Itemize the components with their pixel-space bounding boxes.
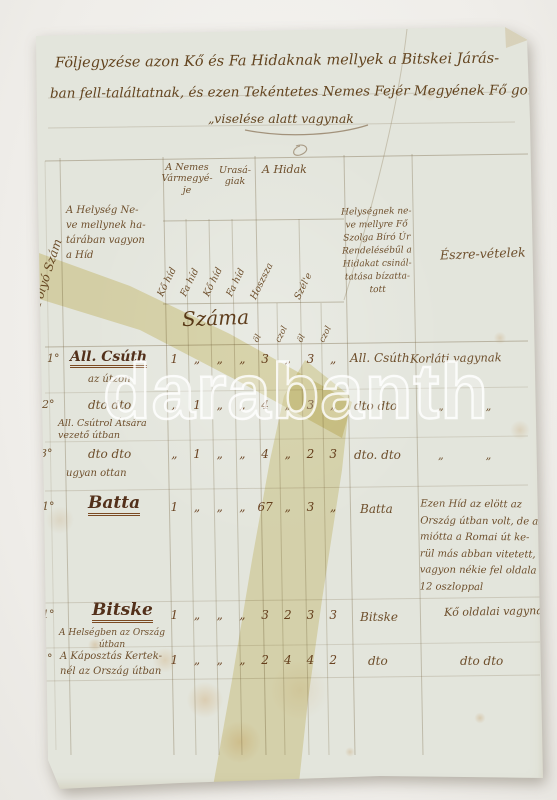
row-locality: dto dto [88,398,131,413]
value-cell: „ [231,500,254,514]
row-number: 3° [40,447,53,461]
pin-mark [30,36,36,47]
value-cell: „ [186,608,209,622]
row-assigned: Batta [360,502,393,517]
value-cell: „ [231,653,254,667]
row-values: 1„„„67„3„ [163,500,345,514]
column-header-bridges: A Hidak [262,163,307,177]
row-locality-note: ugyan ottan [66,468,127,481]
value-cell: „ [276,447,299,461]
row-remarks: Kő oldalai vagynak [444,604,550,620]
value-cell: 1 [163,653,186,667]
value-cell: 3 [299,352,322,366]
row-locality: dto dto [88,447,131,462]
value-cell: „ [186,352,209,366]
value-cell: „ [231,447,254,461]
row-locality-note: A Helségben az Ország útban [56,628,168,651]
value-cell: „ [276,352,299,366]
value-cell: 4 [254,398,277,412]
value-cell: 3 [254,352,277,366]
value-cell: 2 [299,447,322,461]
value-cell: „ [163,398,186,412]
value-cell: 3 [322,608,345,622]
column-header-manor: Urasá- giak [214,165,256,188]
row-number: 1° [42,500,55,514]
row-values: 1„„„3„3„ [163,352,345,366]
row-locality: All. Csúth [70,350,147,368]
value-cell: 1 [163,608,186,622]
row-assigned: dto dto [354,399,397,414]
value-cell: „ [276,398,299,412]
row-remarks: dto dto [460,654,503,669]
value-cell: 3 [299,398,322,412]
value-cell: „ [322,398,345,412]
value-cell: „ [163,447,186,461]
value-cell: „ [208,398,231,412]
row-values: 1„„„3233 [163,608,345,622]
row-remarks: Korláti vagynak [410,350,502,366]
value-cell: „ [322,352,345,366]
row-locality: Bitske [92,602,153,623]
value-cell: 1 [186,398,209,412]
row-values: „1„„4„3„ [163,398,345,412]
value-cell: „ [186,653,209,667]
value-cell: 3 [254,608,277,622]
value-cell: 3 [322,447,345,461]
value-cell: „ [231,398,254,412]
photo-background: Följegyzése azon Kő és Fa Hidaknak melly… [0,0,557,800]
value-cell: 4 [254,447,277,461]
value-cell: „ [231,608,254,622]
value-cell: „ [231,352,254,366]
value-cell: „ [208,352,231,366]
row-number: 2° [40,652,53,666]
value-cell: 4 [276,653,299,667]
value-cell: „ [322,500,345,514]
column-header-county: A Nemes Vármegyé- je [160,162,214,196]
value-cell: 1 [163,500,186,514]
row-remarks: „ „ [438,449,491,463]
row-values: „1„„4„23 [163,447,345,461]
row-locality: A Káposztás Kertek- nél az Ország útban [60,650,162,679]
row-remarks: Ezen Híd az elött az Ország útban volt, … [420,496,539,596]
value-cell: 1 [163,352,186,366]
manuscript-page: Följegyzése azon Kő és Fa Hidaknak melly… [0,0,557,800]
row-locality: Batta [88,495,140,516]
value-cell: „ [208,500,231,514]
row-number: 1° [47,352,60,366]
value-cell: „ [276,500,299,514]
column-header-remarks: Észre-vételek [440,245,526,264]
value-cell: „ [208,447,231,461]
row-assigned: Bitske [360,610,398,625]
row-locality-note: az útzon [88,374,131,387]
value-cell: 67 [254,500,277,514]
value-cell: 1 [186,447,209,461]
value-cell: 3 [299,500,322,514]
column-header-locality: A Helység Ne- ve mellynek ha- tárában va… [66,203,146,263]
title-line-2: ban fell-találtatnak, és ezen Tekéntetes… [50,82,550,102]
row-assigned: dto. dto [354,448,401,463]
row-remarks: „ „ [438,400,491,414]
row-locality-note: All. Csútrol Átsára vezető útban [58,418,147,442]
row-assigned: dto [368,654,388,669]
value-cell: „ [186,500,209,514]
paper-shadow-wrapper: Följegyzése azon Kő és Fa Hidaknak melly… [0,0,557,800]
row-number: 1° [42,608,55,622]
band-header-count: Száma [182,305,250,332]
value-cell: 2 [276,608,299,622]
value-cell: 2 [322,653,345,667]
row-number: 2° [42,398,55,412]
title-line-3: „viselése alatt vagynak [208,111,354,127]
value-cell: „ [208,608,231,622]
value-cell: 2 [254,653,277,667]
value-cell: 3 [299,608,322,622]
column-header-assigned-locality: Helységnek ne- ve mellyre Fő Szolga Bíró… [340,205,414,298]
row-values: 1„„„2442 [163,653,345,667]
value-cell: „ [208,653,231,667]
row-assigned: All. Csúth [350,351,410,366]
value-cell: 4 [299,653,322,667]
